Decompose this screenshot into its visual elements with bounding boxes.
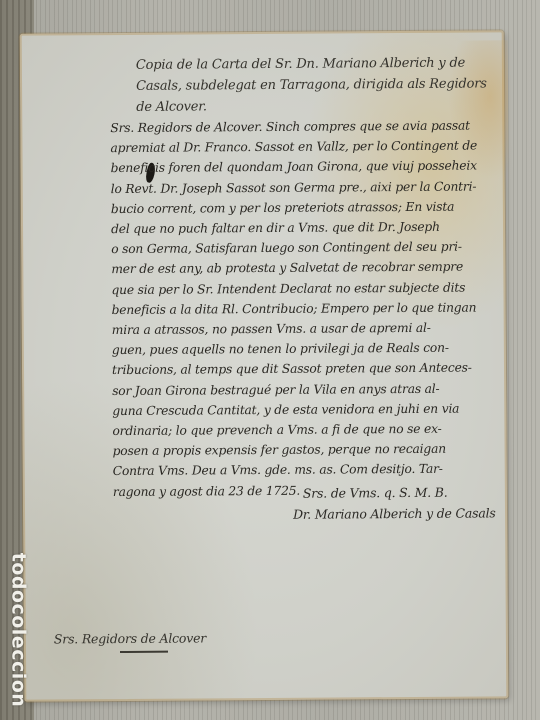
body-line: del que no puch faltar en dir a Vms. que… bbox=[111, 216, 506, 239]
body-line: ordinaria; lo que prevench a Vms. a fi d… bbox=[112, 418, 507, 441]
body-line: beneficis foren del quondam Joan Girona,… bbox=[111, 156, 506, 179]
body-line: apremiat al Dr. Franco. Sassot en Vallz,… bbox=[110, 136, 505, 159]
manuscript-page: Copia de la Carta del Sr. Dn. Mariano Al… bbox=[20, 30, 509, 701]
body-line: guen, pues aquells no tenen lo privilegi… bbox=[112, 338, 507, 361]
heading-line: Copia de la Carta del Sr. Dn. Mariano Al… bbox=[136, 52, 487, 75]
body-line: sor Joan Girona bestragué per la Vila en… bbox=[112, 378, 507, 401]
watermark: todocoleccion bbox=[4, 545, 32, 715]
body-line: lo Revt. Dr. Joseph Sassot son Germa pre… bbox=[111, 176, 506, 199]
letter-signature: Srs. de Vms. q. S. M. B. Dr. Mariano Alb… bbox=[293, 481, 496, 524]
body-line: Srs. Regidors de Alcover. Sinch compres … bbox=[110, 115, 505, 138]
body-line: beneficis a la dita Rl. Contribucio; Emp… bbox=[112, 297, 507, 320]
signature-name: Dr. Mariano Alberich y de Casals bbox=[293, 502, 496, 524]
body-line: bucio corrent, com y per los preteriots … bbox=[111, 196, 506, 219]
body-line: tribucions, al temps que dit Sassot pret… bbox=[112, 358, 507, 381]
body-line: que sia per lo Sr. Intendent Declarat no… bbox=[111, 277, 506, 300]
letter-address: Srs. Regidors de Alcover bbox=[54, 629, 206, 648]
body-line: Contra Vms. Deu a Vms. gde. ms. as. Com … bbox=[113, 459, 508, 482]
body-line: guna Crescuda Cantitat, y de esta venido… bbox=[112, 398, 507, 421]
body-line: posen a propis expensis fer gastos, perq… bbox=[113, 439, 508, 462]
body-line: mira a atrassos, no passen Vms. a usar d… bbox=[112, 317, 507, 340]
watermark-text: todocoleccion bbox=[7, 553, 29, 708]
letter-heading: Copia de la Carta del Sr. Dn. Mariano Al… bbox=[136, 52, 487, 117]
body-line: mer de est any, ab protesta y Salvetat d… bbox=[111, 257, 506, 280]
address-underline bbox=[120, 651, 168, 653]
letter-body: Srs. Regidors de Alcover. Sinch compres … bbox=[110, 115, 508, 502]
heading-line: Casals, subdelegat en Tarragona, dirigid… bbox=[136, 73, 487, 96]
body-line: o son Germa, Satisfaran luego son Contin… bbox=[111, 237, 506, 260]
heading-line: de Alcover. bbox=[136, 94, 487, 117]
signature-closing: Srs. de Vms. q. S. M. B. bbox=[293, 481, 496, 503]
